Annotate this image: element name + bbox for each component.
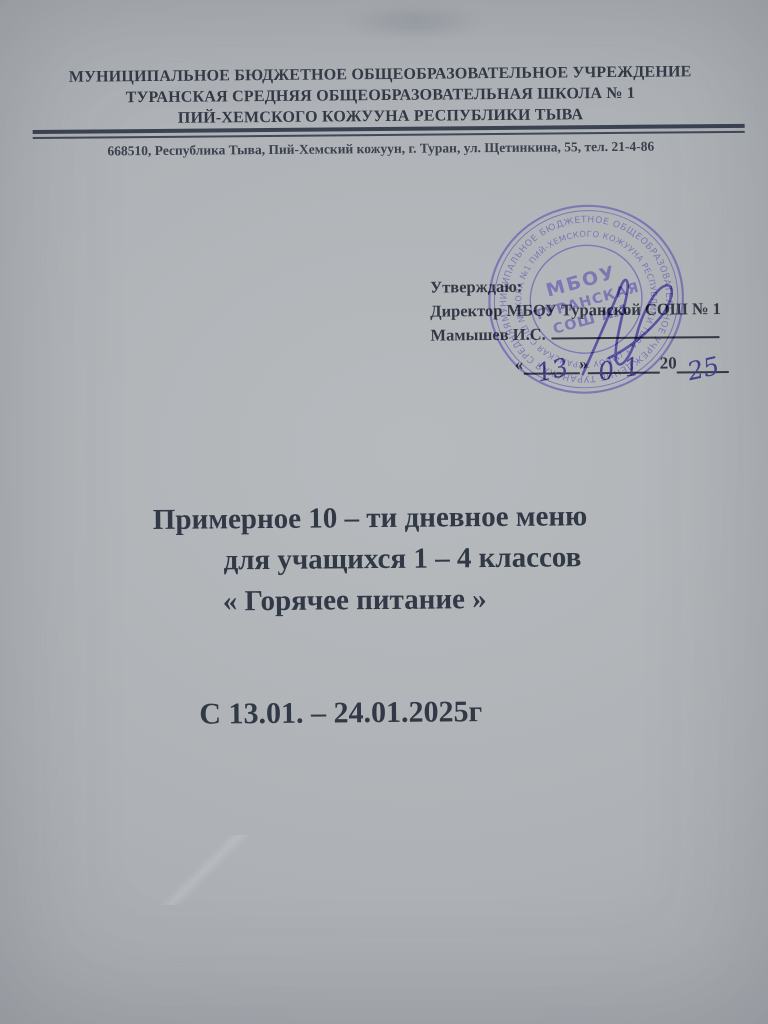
- title-line-2: для учащихся 1 – 4 классов: [102, 536, 702, 582]
- title-line-1: Примерное 10 – ти дневное меню: [70, 496, 670, 542]
- document-content: МУНИЦИПАЛЬНОЕ БЮДЖЕТНОЕ ОБЩЕОБРАЗОВАТЕЛЬ…: [0, 0, 768, 1024]
- document-photo-page: МУНИЦИПАЛЬНОЕ БЮДЖЕТНОЕ ОБЩЕОБРАЗОВАТЕЛЬ…: [0, 0, 768, 1024]
- letterhead-address: 668510, Республика Тыва, Пий-Хемский кож…: [0, 138, 765, 161]
- director-signature-stroke: [564, 269, 695, 390]
- document-title: Примерное 10 – ти дневное меню для учащи…: [84, 495, 685, 623]
- menu-period: С 13.01. – 24.01.2025г: [41, 694, 641, 733]
- title-line-3: « Горячее питание »: [55, 578, 655, 624]
- letterhead: МУНИЦИПАЛЬНОЕ БЮДЖЕТНОЕ ОБЩЕОБРАЗОВАТЕЛЬ…: [0, 61, 765, 131]
